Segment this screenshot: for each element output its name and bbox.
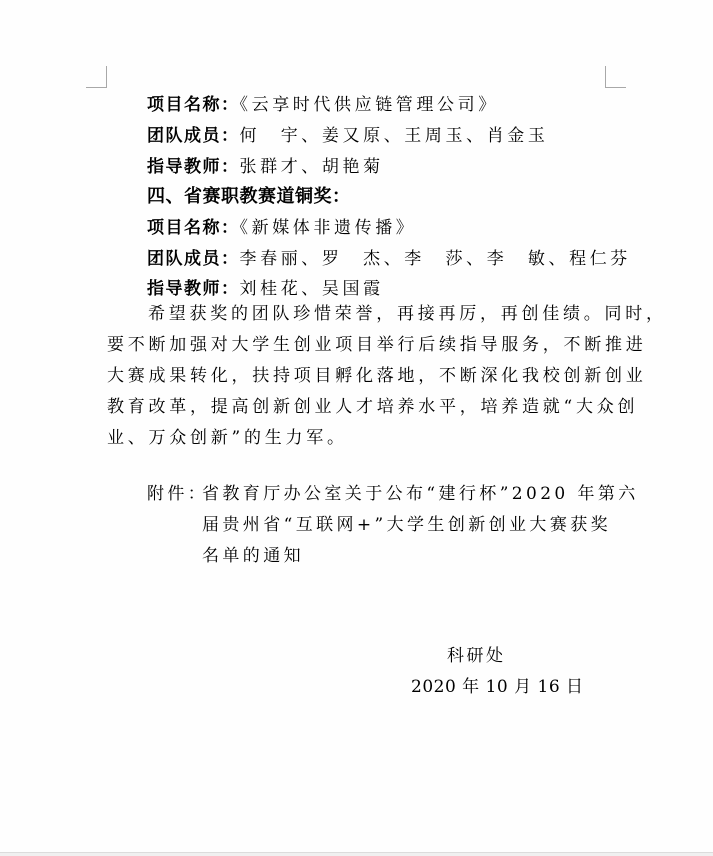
attachment-line: 名单的通知 <box>202 546 304 566</box>
paragraph-line: 大赛成果转化，扶持项目孵化落地，不断深化我校创新创业 <box>107 366 647 386</box>
members-value: 李春丽、罗 杰、李 莎、李 敏、程仁芬 <box>240 249 631 269</box>
attachment-line: 省教育厅办公室关于公布“建行杯”2020 年第六 <box>202 484 639 504</box>
document-page: 项目名称：《云享时代供应链管理公司》 团队成员：何 宇、姜又原、王周玉、肖金玉 … <box>0 0 713 852</box>
project-name-line: 项目名称：《新媒体非遗传播》 <box>147 218 416 238</box>
section-heading: 四、省赛职教赛道铜奖： <box>147 187 351 207</box>
advisors-line: 指导教师：张群才、胡艳菊 <box>147 157 384 177</box>
team-members-line: 团队成员：李春丽、罗 杰、李 莎、李 敏、程仁芬 <box>147 249 631 269</box>
attachment-label: 附件： <box>147 484 208 504</box>
signature-date: 2020 年 10 月 16 日 <box>411 672 584 697</box>
paragraph-line: 要不断加强对大学生创业项目举行后续指导服务，不断推进 <box>107 335 647 355</box>
paragraph-line: 业、万众创新”的生力军。 <box>107 428 348 448</box>
advisors-label: 指导教师： <box>147 157 240 177</box>
members-label: 团队成员： <box>147 126 240 146</box>
advisors-value: 刘桂花、吴国霞 <box>240 279 384 299</box>
advisors-label: 指导教师： <box>147 279 240 299</box>
signature-department: 科研处 <box>447 641 506 666</box>
advisors-line: 指导教师：刘桂花、吴国霞 <box>147 279 384 299</box>
margin-corner-mark-top-right <box>605 66 626 88</box>
margin-corner-mark-top-left <box>86 66 107 88</box>
project-name: 《新媒体非遗传播》 <box>240 218 417 238</box>
paragraph-line: 教育改革，提高创新创业人才培养水平，培养造就“大众创 <box>107 397 638 417</box>
team-members-line: 团队成员：何 宇、姜又原、王周玉、肖金玉 <box>147 126 549 146</box>
project-label: 项目名称： <box>147 218 240 238</box>
window-bottom-edge <box>0 852 713 856</box>
members-value: 何 宇、姜又原、王周玉、肖金玉 <box>240 126 549 146</box>
attachment-line: 届贵州省“互联网+”大学生创新创业大赛获奖 <box>202 515 611 535</box>
paragraph-line: 希望获奖的团队珍惜荣誉，再接再厉，再创佳绩。同时， <box>148 304 667 324</box>
project-label: 项目名称： <box>147 95 240 115</box>
advisors-value: 张群才、胡艳菊 <box>240 157 384 177</box>
project-name-line: 项目名称：《云享时代供应链管理公司》 <box>147 95 499 115</box>
project-name: 《云享时代供应链管理公司》 <box>240 95 499 115</box>
members-label: 团队成员： <box>147 249 240 269</box>
